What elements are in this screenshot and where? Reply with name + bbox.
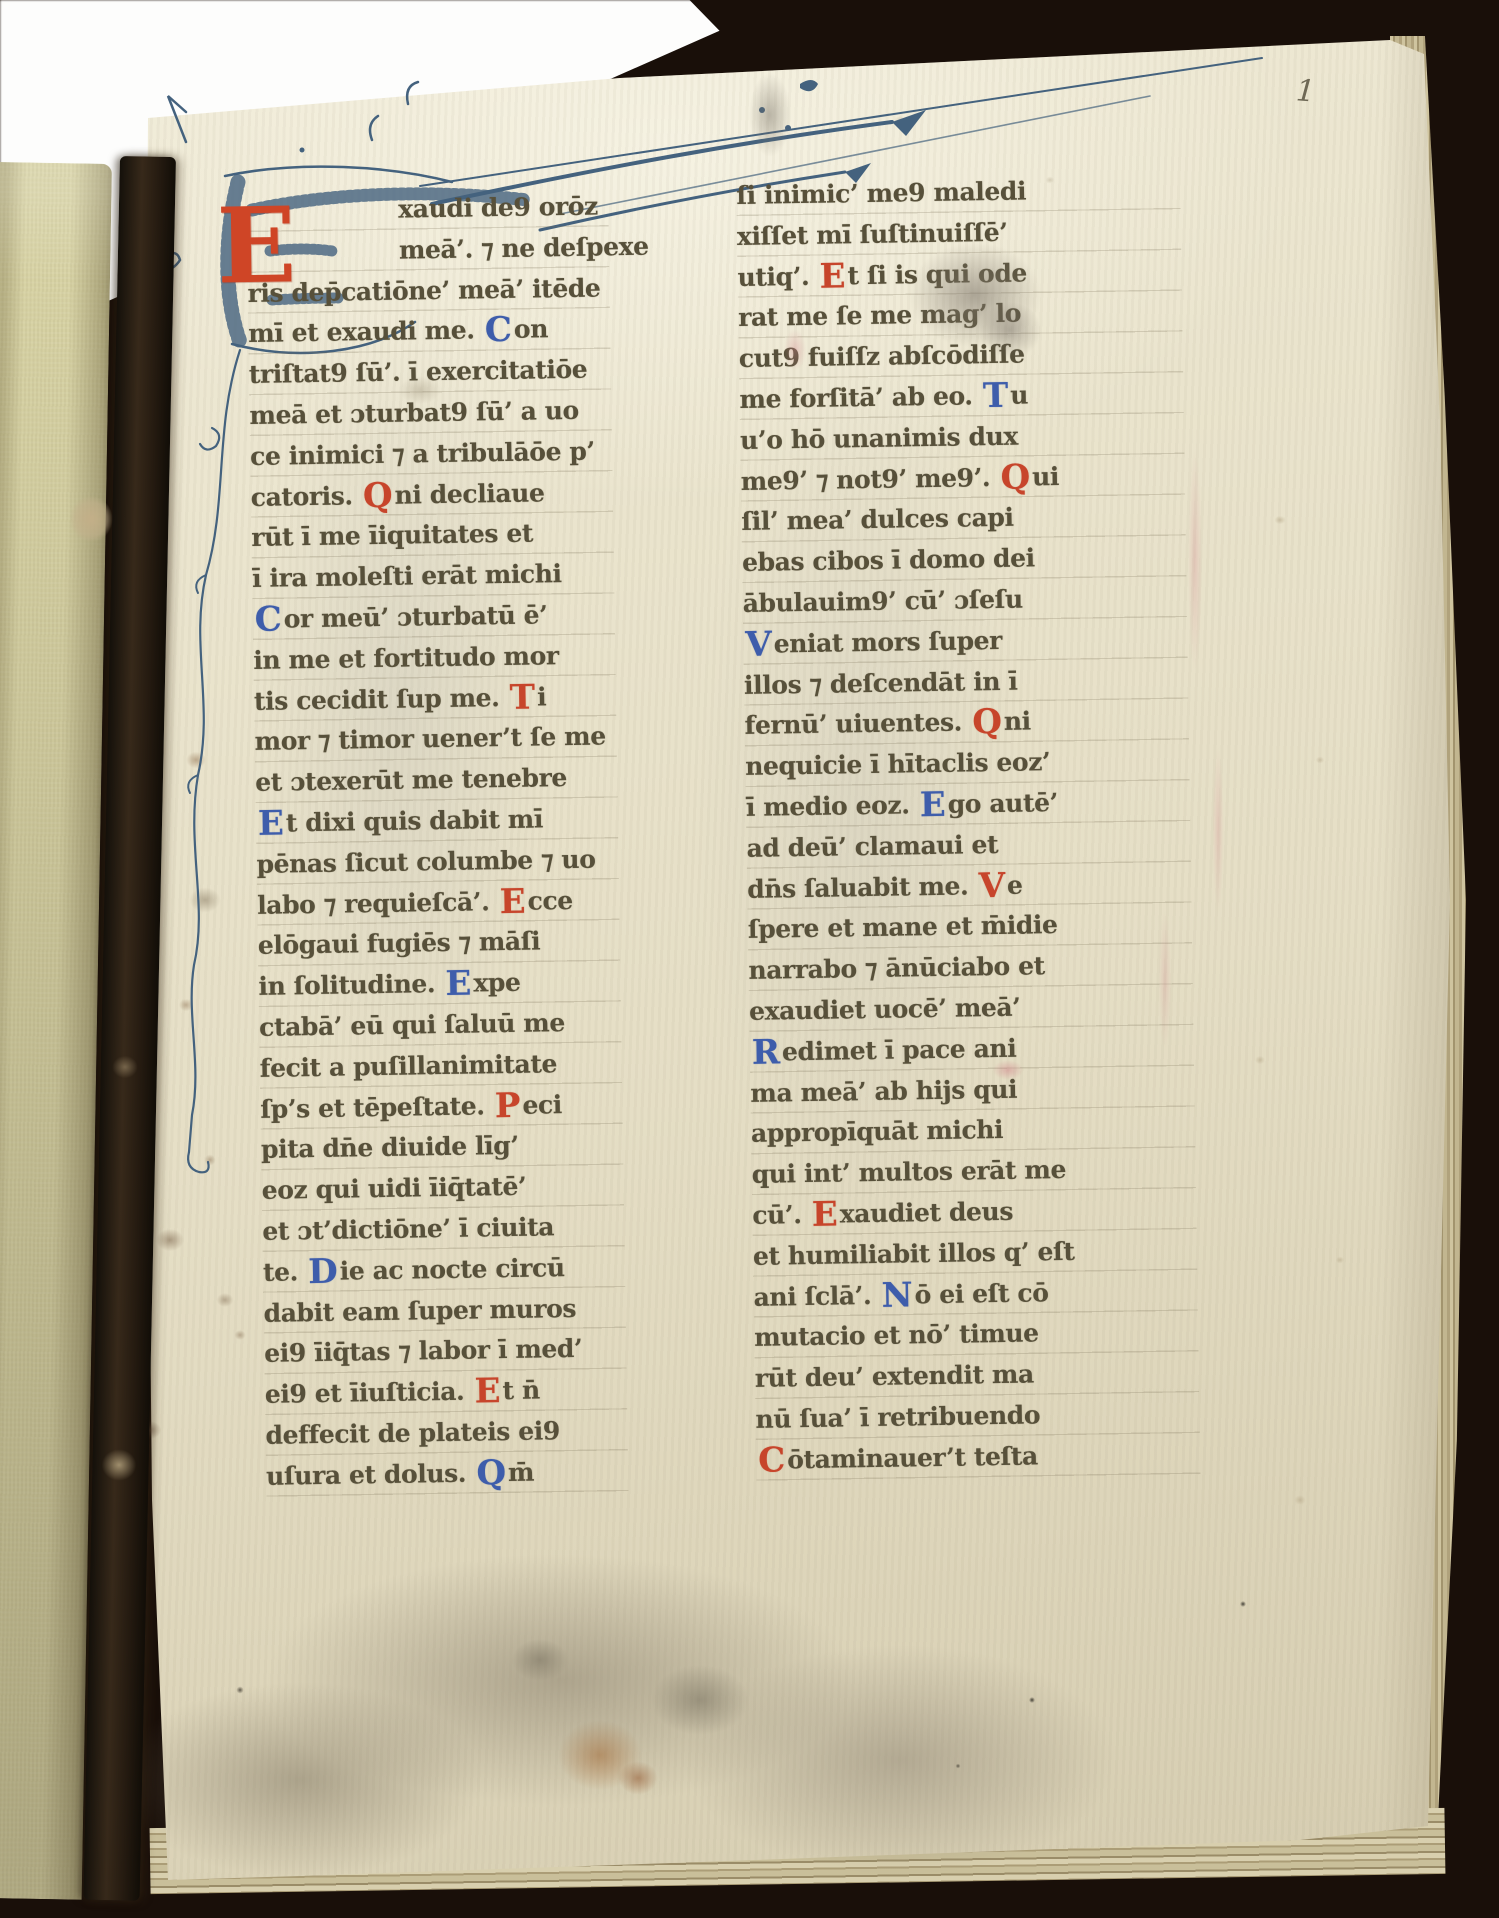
manuscript-line: tis cecidit ſup me. Ti — [254, 676, 617, 722]
manuscript-line: eoz qui uidi īiq̄tatē’ — [261, 1165, 624, 1211]
manuscript-line: et ɔtexerūt me tenebre — [255, 757, 618, 803]
manuscript-line: Veniat mors ſuper — [743, 618, 1188, 666]
manuscript-text: ni decliaue — [394, 478, 544, 509]
illuminated-initial-red: P — [495, 1085, 521, 1125]
manuscript-text: deffecit de plateis ei9 — [265, 1416, 560, 1450]
manuscript-text: ſpere et mane et m̄idie — [748, 910, 1058, 944]
manuscript-line: nū ſua’ ī retribuendo — [755, 1393, 1200, 1441]
illuminated-initial-red: V — [978, 865, 1005, 905]
illuminated-initial-red: Q — [972, 702, 1002, 742]
manuscript-line: illos ⁊ deſcendāt in ī — [744, 659, 1189, 707]
manuscript-text: ie ac nocte circū — [339, 1253, 564, 1286]
manuscript-line: uſura et dolus. Qm̄ — [266, 1451, 629, 1497]
manuscript-text: triſtat9 ſū’. ī exercitatiōe — [249, 355, 588, 389]
manuscript-line: ſi inimic’ me9 maledi — [736, 169, 1181, 217]
illuminated-initial-blue: N — [881, 1275, 913, 1315]
illuminated-initial-blue: E — [919, 785, 946, 825]
manuscript-text: utiq’. — [737, 261, 817, 291]
manuscript-text: ris dep̄catiōne’ meā’ itēde — [247, 273, 600, 308]
illuminated-initial-blue: T — [983, 376, 1009, 416]
manuscript-text: fernū’ uiuentes. — [744, 708, 970, 741]
manuscript-line: ſil’ mea’ dulces capi — [741, 495, 1186, 543]
manuscript-line: Et dixi quis dabit mī — [256, 798, 619, 844]
spine-stitch — [96, 1444, 142, 1486]
manuscript-line: ei9 et īiuſticia. Et n̄ — [265, 1369, 628, 1415]
manuscript-text: ſp’s et tēpeſtate. — [260, 1091, 493, 1124]
manuscript-line: et humiliabit illos q’ eſt — [753, 1230, 1198, 1278]
manuscript-text: appropīquāt michi — [751, 1115, 1004, 1148]
illuminated-initial-red: Q — [1000, 457, 1030, 497]
manuscript-text: mor ⁊ timor uener’t ſe me — [254, 722, 606, 757]
manuscript-text: xaudiet deus — [840, 1197, 1014, 1229]
manuscript-text: pēnas ſicut columbe ⁊ uo — [256, 844, 595, 878]
manuscript-text: exaudiet uocē’ meā’ — [749, 993, 1021, 1026]
manuscript-text: tis cecidit ſup me. — [254, 683, 508, 716]
manuscript-line: ce inimici ⁊ a tribulāōe p’ — [250, 431, 613, 477]
manuscript-text: on — [514, 315, 549, 345]
manuscript-line: elōgaui fugiēs ⁊ māſi — [258, 921, 621, 967]
manuscript-line: appropīquāt michi — [751, 1107, 1196, 1155]
manuscript-text: ad deū’ clamaui et — [746, 830, 998, 863]
manuscript-text: ſil’ mea’ dulces capi — [741, 503, 1014, 536]
manuscript-text: ī ira moleſti erāt michi — [252, 559, 562, 593]
manuscript-line: mī et exaudi me. Con — [248, 309, 611, 355]
manuscript-line: xiſſet mī ſuſtinuiſſē’ — [737, 210, 1182, 258]
manuscript-line: te. Die ac nocte circū — [263, 1247, 626, 1293]
manuscript-text: et ɔtexerūt me tenebre — [255, 763, 567, 797]
manuscript-text: uſura et dolus. — [266, 1458, 475, 1490]
illuminated-initial-blue: C — [254, 599, 282, 639]
folio-number: 1 — [1295, 73, 1316, 109]
manuscript-text: ma meā’ ab hijs qui — [750, 1074, 1017, 1107]
manuscript-text: m̄ — [508, 1457, 535, 1486]
illuminated-initial-blue: C — [485, 310, 513, 350]
manuscript-line: ī ira moleſti erāt michi — [252, 553, 615, 599]
manuscript-text: nequicie ī hītaclis eoz’ — [745, 747, 1050, 781]
illuminated-initial-blue: V — [745, 624, 772, 664]
manuscript-line: rūt ī me īiquitates et — [251, 513, 614, 559]
manuscript-text: ei9 īiq̄tas ⁊ labor ī med’ — [264, 1334, 583, 1368]
manuscript-line: Cor meū’ ɔturbatū ē’ — [252, 594, 615, 640]
manuscript-text: xiſſet mī ſuſtinuiſſē’ — [737, 218, 1008, 251]
illuminated-initial-red: E — [812, 1194, 839, 1234]
manuscript-line: narrabo ⁊ ānūciabo et — [748, 944, 1193, 992]
manuscript-text: ui — [1032, 462, 1059, 491]
manuscript-text: ei9 et īiuſticia. — [265, 1377, 473, 1409]
manuscript-text: pita dn̄e diuide līg’ — [261, 1131, 519, 1164]
manuscript-text: ce inimici ⁊ a tribulāōe p’ — [250, 436, 595, 470]
manuscript-text: edimet ī pace ani — [782, 1033, 1017, 1066]
manuscript-text: mī et exaudi me. — [248, 316, 483, 349]
manuscript-text: cce — [527, 886, 573, 916]
manuscript-line: deffecit de plateis ei9 — [265, 1410, 628, 1456]
manuscript-line: rat me ſe me mag’ lo — [738, 291, 1183, 339]
manuscript-line: ad deū’ clamaui et — [746, 822, 1191, 870]
manuscript-text: nū ſua’ ī retribuendo — [755, 1400, 1040, 1433]
manuscript-line: catoris. Qni decliaue — [250, 472, 613, 518]
illuminated-initial-red: C — [758, 1440, 786, 1480]
manuscript-text: et ɔt’dictiōne’ ī ciuita — [262, 1212, 554, 1246]
manuscript-text: cū’. — [752, 1200, 810, 1230]
manuscript-text: ani ſclā’. — [753, 1280, 879, 1311]
illuminated-initial-blue: E — [258, 803, 285, 843]
manuscript-text: or meū’ ɔturbatū ē’ — [284, 600, 548, 633]
manuscript-text: qui int’ multos erāt me — [751, 1155, 1066, 1189]
manuscript-text: in ſolitudine. — [258, 969, 443, 1001]
manuscript-line: mutacio et nō’ timue — [754, 1311, 1199, 1359]
manuscript-line: pita dn̄e diuide līg’ — [261, 1125, 624, 1171]
manuscript-text: te. — [263, 1257, 307, 1287]
manuscript-line: ebas cibos ī domo dei — [742, 536, 1187, 584]
manuscript-text: ſi inimic’ me9 maledi — [736, 176, 1026, 210]
illuminated-initial-blue: R — [751, 1032, 780, 1072]
spine-stitch — [62, 488, 120, 550]
manuscript-line: nequicie ī hītaclis eoz’ — [745, 740, 1190, 788]
manuscript-line: Redimet ī pace ani — [749, 1026, 1194, 1074]
manuscript-text: meā’. ⁊ ne deſpexe — [399, 231, 649, 264]
manuscript-line: ris dep̄catiōne’ meā’ itēde — [247, 268, 610, 314]
manuscript-line: in me et fortitudo mor — [253, 635, 616, 681]
manuscript-photo: E xaudi de9 orōzmeā’. ⁊ ne deſpexeris de… — [0, 0, 1499, 1918]
manuscript-text: go autē’ — [947, 788, 1058, 819]
manuscript-text: meā et ɔturbat9 ſū’ a uo — [249, 396, 579, 430]
manuscript-line: pēnas ſicut columbe ⁊ uo — [256, 839, 619, 885]
illuminated-initial-blue: Q — [476, 1453, 506, 1493]
manuscript-line: labo ⁊ requieſcā’. Ecce — [257, 880, 620, 926]
illuminated-initial-red: Q — [363, 475, 393, 515]
manuscript-line: ī medio eoz. Ego autē’ — [746, 781, 1191, 829]
manuscript-line: me9’ ⁊ not9’ me9’. Qui — [740, 455, 1185, 503]
manuscript-text: illos ⁊ deſcendāt in ī — [744, 666, 1018, 699]
manuscript-text: labo ⁊ requieſcā’. — [257, 887, 498, 920]
manuscript-line: ābulauim9’ cū’ ɔſeſu — [742, 577, 1187, 625]
manuscript-line: dn̄s ſaluabit me. Ve — [747, 862, 1192, 910]
manuscript-text: in me et fortitudo mor — [253, 641, 559, 675]
illuminated-initial-red: E — [474, 1371, 501, 1411]
spine-stitch — [108, 1052, 142, 1082]
illuminated-initial-red: T — [509, 677, 535, 717]
manuscript-line: mor ⁊ timor uener’t ſe me — [254, 717, 617, 763]
manuscript-line: et ɔt’dictiōne’ ī ciuita — [262, 1206, 625, 1252]
manuscript-text: ōtaminauer’t teſta — [787, 1441, 1038, 1474]
manuscript-text: i — [537, 682, 547, 711]
manuscript-text: ō ei eſt cō — [914, 1278, 1048, 1309]
manuscript-text: t n̄ — [502, 1376, 540, 1406]
manuscript-text: rat me ſe me mag’ lo — [738, 299, 1021, 332]
manuscript-line: u’o hō unanimis dux — [740, 414, 1185, 462]
manuscript-line: utiq’. Et ſi is qui ode — [737, 251, 1182, 299]
manuscript-text: narrabo ⁊ ānūciabo et — [748, 951, 1045, 985]
manuscript-line: meā et ɔturbat9 ſū’ a uo — [249, 390, 612, 436]
manuscript-text: cut9 fuiſſz abſcōdiſſe — [739, 340, 1025, 373]
manuscript-text: t dixi quis dabit mī — [286, 804, 544, 837]
manuscript-line: Cōtaminauer’t teſta — [756, 1434, 1201, 1482]
manuscript-text: mutacio et nō’ timue — [754, 1319, 1039, 1352]
manuscript-line: xaudi de9 orōz — [246, 186, 609, 232]
manuscript-text: dn̄s ſaluabit me. — [747, 871, 977, 904]
manuscript-text: ī medio eoz. — [746, 790, 918, 822]
illuminated-initial-red: E — [819, 256, 846, 296]
manuscript-text: et humiliabit illos q’ eſt — [753, 1237, 1075, 1271]
manuscript-text: ebas cibos ī domo dei — [742, 544, 1035, 578]
manuscript-text: eniat mors ſuper — [774, 626, 1003, 659]
manuscript-text: rūt deu’ extendit ma — [755, 1360, 1034, 1393]
manuscript-line: in ſolitudine. Expe — [258, 961, 621, 1007]
manuscript-line: cū’. Exaudiet deus — [752, 1189, 1197, 1237]
manuscript-line: ani ſclā’. Nō ei eſt cō — [753, 1270, 1198, 1318]
illuminated-initial-blue: D — [308, 1251, 338, 1291]
manuscript-text: u’o hō unanimis dux — [740, 421, 1018, 454]
manuscript-text: xaudi de9 orōz — [398, 191, 598, 223]
manuscript-text: e — [1007, 870, 1023, 899]
manuscript-line: cut9 fuiſſz abſcōdiſſe — [739, 332, 1184, 380]
manuscript-line: ctabā’ eū qui ſaluū me — [259, 1002, 622, 1048]
manuscript-text: dabit eam ſuper muros — [263, 1293, 576, 1327]
manuscript-text: ni — [1004, 707, 1031, 736]
illuminated-initial-blue: E — [445, 964, 472, 1004]
manuscript-line: qui int’ multos erāt me — [751, 1148, 1196, 1196]
manuscript-text: rūt ī me īiquitates et — [251, 519, 533, 552]
manuscript-text: ābulauim9’ cū’ ɔſeſu — [742, 585, 1023, 618]
manuscript-line: ſp’s et tēpeſtate. Peci — [260, 1084, 623, 1130]
manuscript-line: triſtat9 ſū’. ī exercitatiōe — [249, 349, 612, 395]
manuscript-text: fecit a puſillanimitate — [260, 1049, 558, 1083]
manuscript-text: me forſitā’ ab eo. — [739, 381, 981, 414]
manuscript-line: dabit eam ſuper muros — [263, 1288, 626, 1334]
manuscript-text: u — [1010, 380, 1028, 409]
manuscript-line: fernū’ uiuentes. Qni — [744, 699, 1189, 747]
manuscript-text: eoz qui uidi īiq̄tatē’ — [261, 1172, 526, 1205]
manuscript-line: meā’. ⁊ ne deſpexe — [247, 227, 610, 273]
manuscript-line: fecit a puſillanimitate — [259, 1043, 622, 1089]
large-illuminated-initial: E — [216, 203, 297, 287]
manuscript-text: t ſi is qui ode — [847, 258, 1027, 290]
manuscript-line: ma meā’ ab hijs qui — [750, 1066, 1195, 1114]
manuscript-line: me forſitā’ ab eo. Tu — [739, 373, 1184, 421]
text-column-1: E xaudi de9 orōzmeā’. ⁊ ne deſpexeris de… — [246, 186, 628, 1497]
manuscript-text: ctabā’ eū qui ſaluū me — [259, 1008, 565, 1042]
manuscript-text: xpe — [473, 968, 521, 998]
illuminated-initial-red: E — [499, 881, 526, 921]
manuscript-line: rūt deu’ extendit ma — [755, 1352, 1200, 1400]
text-column-2: ſi inimic’ me9 maledixiſſet mī ſuſtinuiſ… — [736, 169, 1200, 1481]
manuscript-text: catoris. — [251, 481, 362, 512]
manuscript-text: elōgaui fugiēs ⁊ māſi — [258, 927, 541, 960]
manuscript-text: me9’ ⁊ not9’ me9’. — [741, 462, 999, 495]
manuscript-line: exaudiet uocē’ meā’ — [749, 985, 1194, 1033]
manuscript-line: ei9 īiq̄tas ⁊ labor ī med’ — [264, 1328, 627, 1374]
manuscript-text: eci — [522, 1090, 562, 1120]
manuscript-line: ſpere et mane et m̄idie — [748, 903, 1193, 951]
